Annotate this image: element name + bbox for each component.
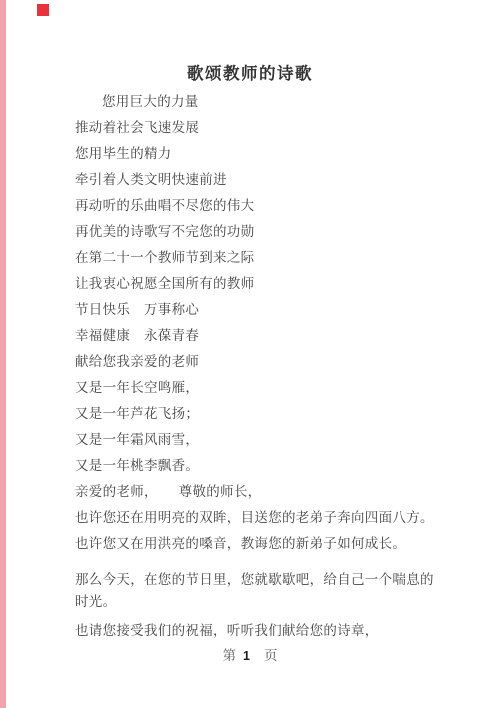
page-title: 歌颂教师的诗歌 — [0, 60, 500, 84]
left-accent-strip — [0, 0, 6, 708]
document-page: 歌颂教师的诗歌 您用巨大的力量 推动着社会飞速发展 您用毕生的精力 牵引着人类文… — [0, 0, 500, 708]
page-footer: 第1页 — [0, 645, 500, 667]
poem-line: 在第二十一个教师节到来之际 — [75, 245, 464, 271]
footer-label-left: 第 — [223, 648, 237, 663]
poem-line: 也许您还在用明亮的双眸，目送您的老弟子奔向四面八方。 — [75, 505, 464, 531]
page-number: 1 — [243, 649, 250, 663]
poem-line: 献给您我亲爱的老师 — [75, 349, 464, 375]
poem-line: 牵引着人类文明快速前进 — [75, 167, 464, 193]
poem-line: 您用毕生的精力 — [75, 141, 464, 167]
poem-body: 您用巨大的力量 推动着社会飞速发展 您用毕生的精力 牵引着人类文明快速前进 再动… — [75, 89, 464, 644]
poem-line: 再动听的乐曲唱不尽您的伟大 — [75, 193, 464, 219]
poem-line: 节日快乐 万事称心 — [75, 297, 464, 323]
poem-line: 推动着社会飞速发展 — [75, 115, 464, 141]
poem-line: 再优美的诗歌写不完您的功勋 — [75, 219, 464, 245]
poem-line: 又是一年芦花飞扬； — [75, 401, 464, 427]
poem-line: 亲爱的老师， 尊敬的师长， — [75, 479, 464, 505]
poem-line: 又是一年长空鸣雁， — [75, 375, 464, 401]
poem-line: 也许您又在用洪亮的嗓音，教诲您的新弟子如何成长。 — [75, 531, 464, 557]
paragraph-line: 时光。 — [75, 591, 464, 612]
paragraph-line: 也请您接受我们的祝福，听听我们献给您的诗章， — [75, 618, 464, 644]
red-corner-marker — [37, 4, 49, 16]
footer-label-right: 页 — [264, 648, 278, 663]
poem-line: 幸福健康 永葆青春 — [75, 323, 464, 349]
paragraph-line: 那么今天，在您的节日里，您就歇歇吧，给自己一个喘息的 — [75, 569, 464, 591]
poem-line: 您用巨大的力量 — [75, 89, 464, 115]
poem-line: 让我衷心祝愿全国所有的教师 — [75, 271, 464, 297]
poem-line: 又是一年霜风雨雪， — [75, 427, 464, 453]
poem-line: 又是一年桃李飘香。 — [75, 453, 464, 479]
